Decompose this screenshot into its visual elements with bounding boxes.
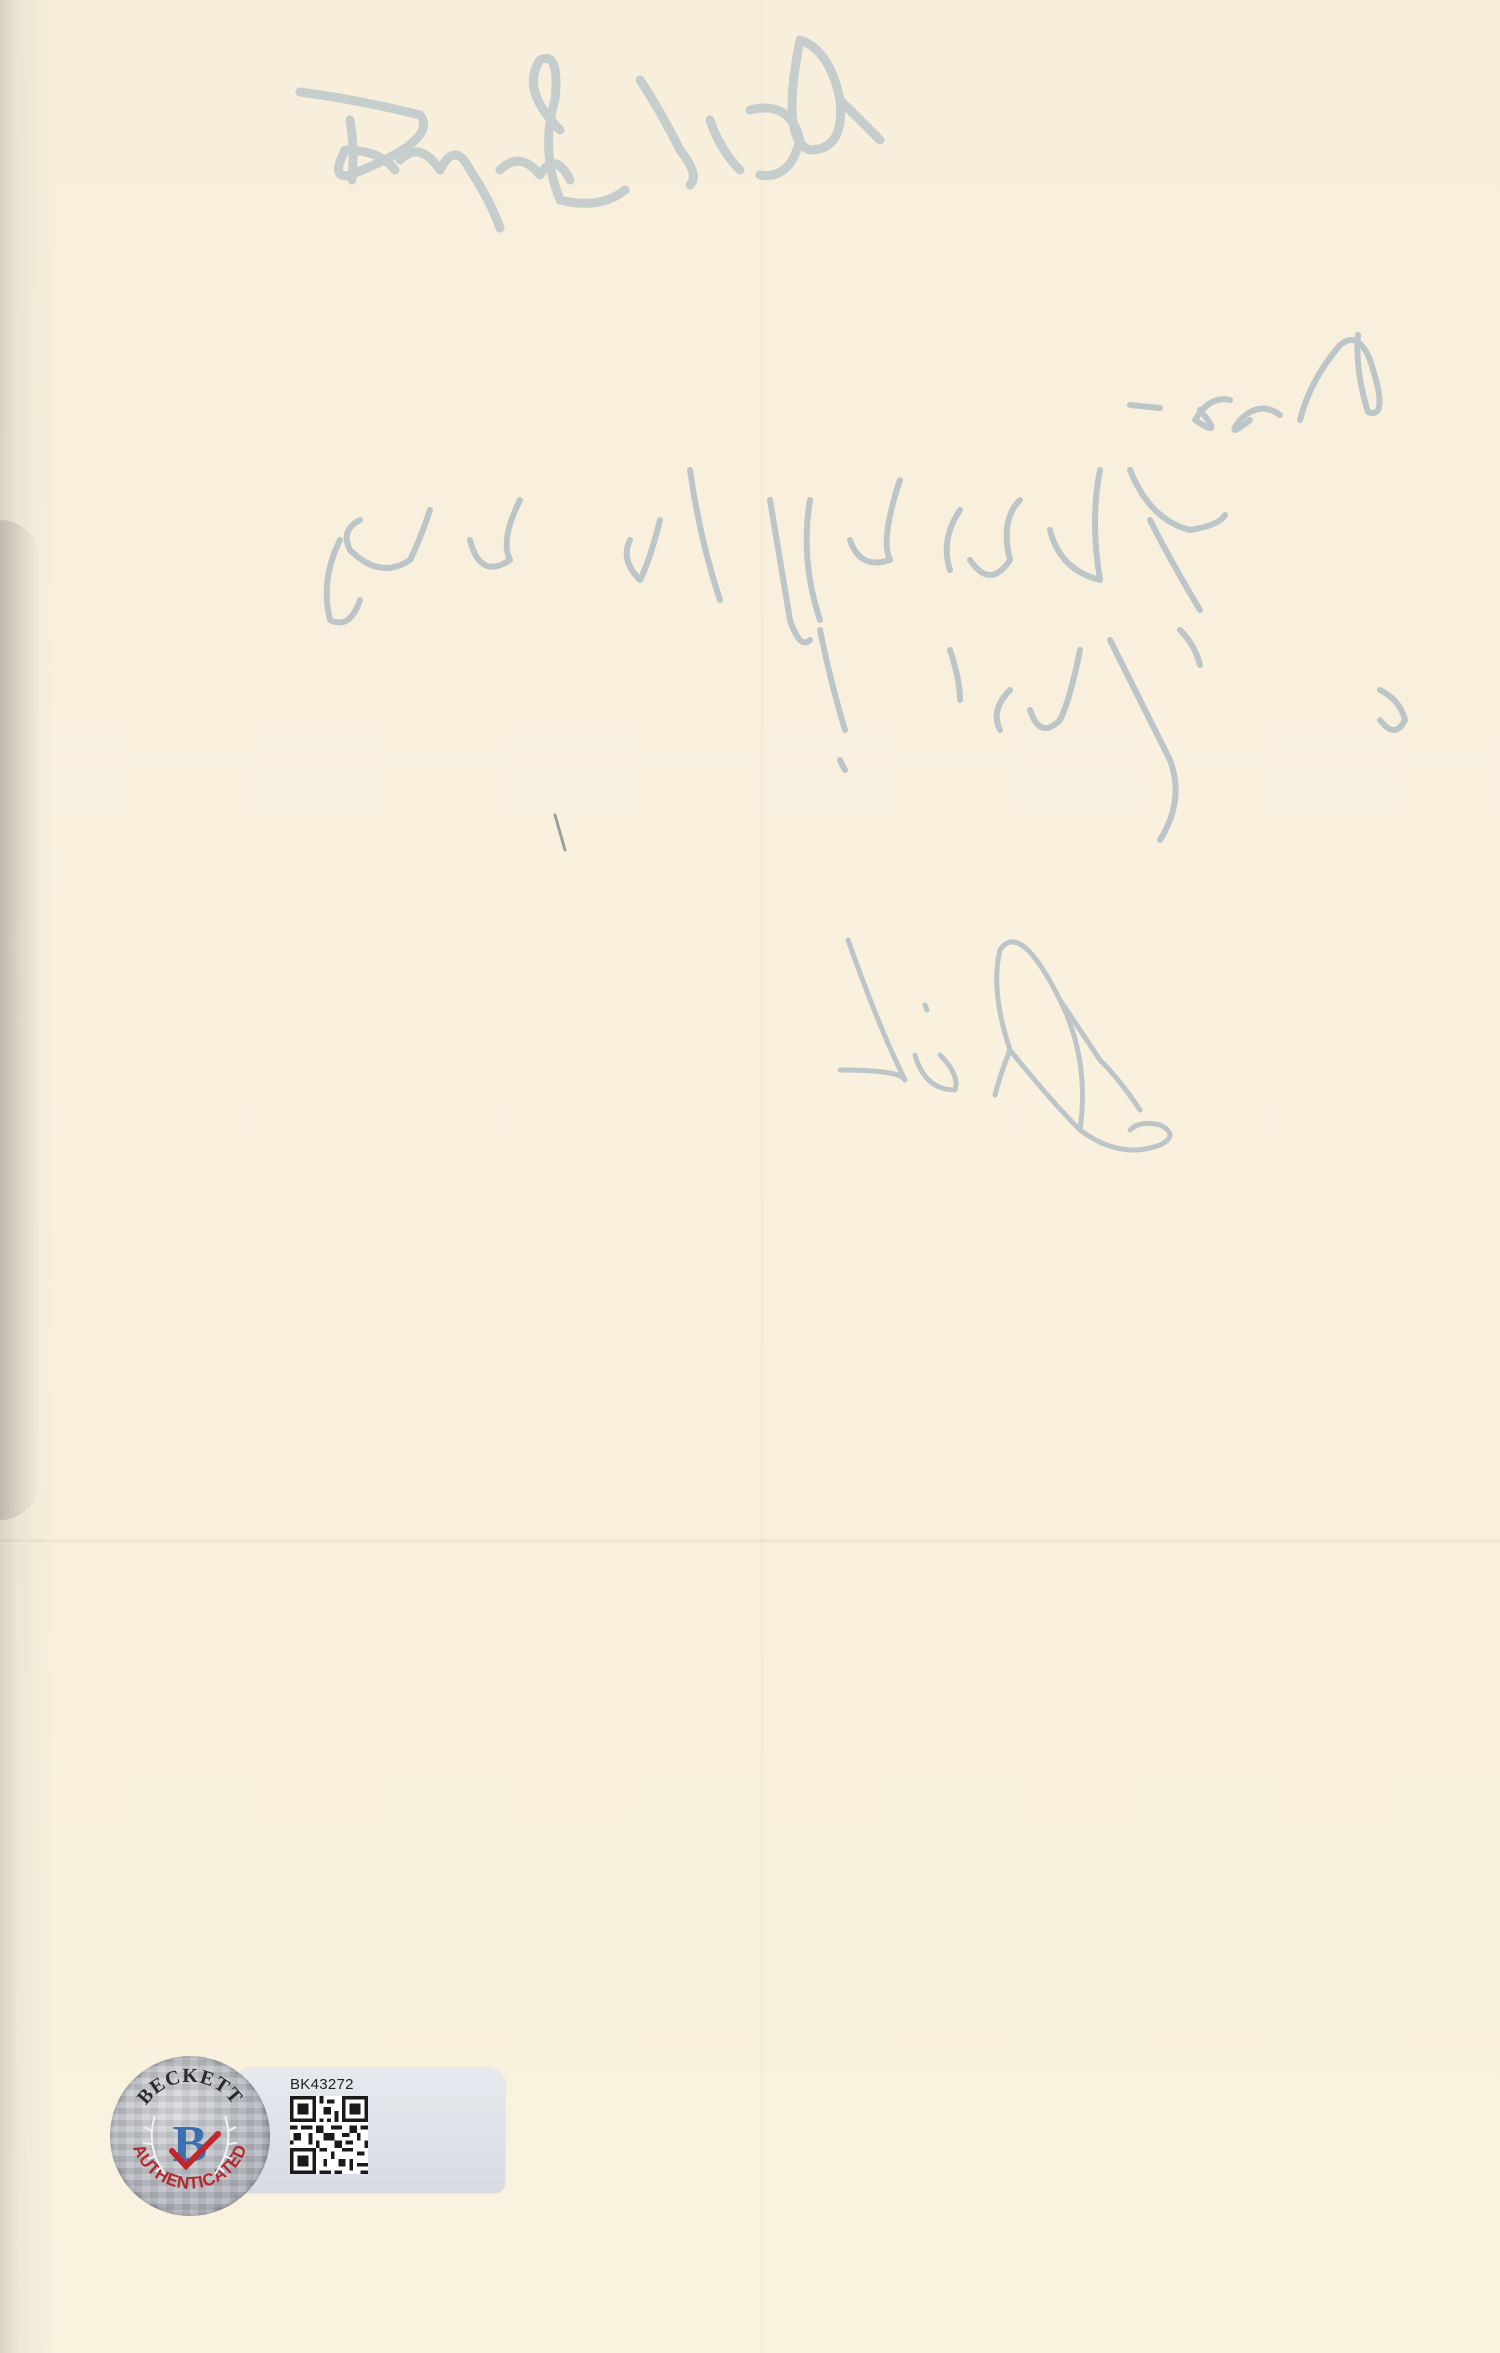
horizontal-fold-line bbox=[0, 1538, 1500, 1544]
certificate-id: BK43272 bbox=[290, 2076, 354, 2093]
qr-code-icon[interactable] bbox=[290, 2096, 368, 2174]
paper-background bbox=[0, 0, 1500, 2353]
sticker-tab bbox=[240, 2068, 505, 2193]
beckett-authentication-sticker: BK43272 bbox=[110, 2048, 400, 2196]
left-edge-shadow bbox=[0, 520, 40, 1520]
beckett-brand-text: BECKETT bbox=[133, 2065, 247, 2109]
beckett-hologram-seal: BECKETT AUTHENTICATED B bbox=[110, 2056, 270, 2216]
vertical-fold-line bbox=[760, 0, 764, 2353]
